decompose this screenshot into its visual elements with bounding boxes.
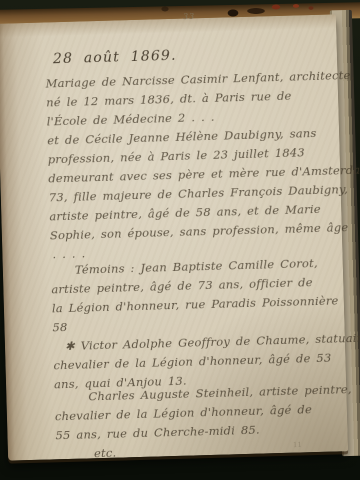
date-heading: 28 août 1869.: [53, 40, 338, 70]
document-photo: 28 août 1869. Mariage de Narcisse Casimi…: [0, 0, 360, 480]
pencil-corner-mark: 11: [293, 441, 302, 449]
manuscript-page: 28 août 1869. Mariage de Narcisse Casimi…: [0, 14, 348, 460]
third-witness-paragraph: Charles Auguste Steinheil, artiste peint…: [54, 380, 348, 464]
handwritten-text: 28 août 1869. Mariage de Narcisse Casimi…: [45, 38, 349, 464]
witnesses-paragraph: Témoins : Jean Baptiste Camille Corot, a…: [51, 253, 347, 394]
page-number: 33: [183, 12, 195, 21]
entry-paragraph: Mariage de Narcisse Casimir Lenfant, arc…: [45, 66, 342, 264]
